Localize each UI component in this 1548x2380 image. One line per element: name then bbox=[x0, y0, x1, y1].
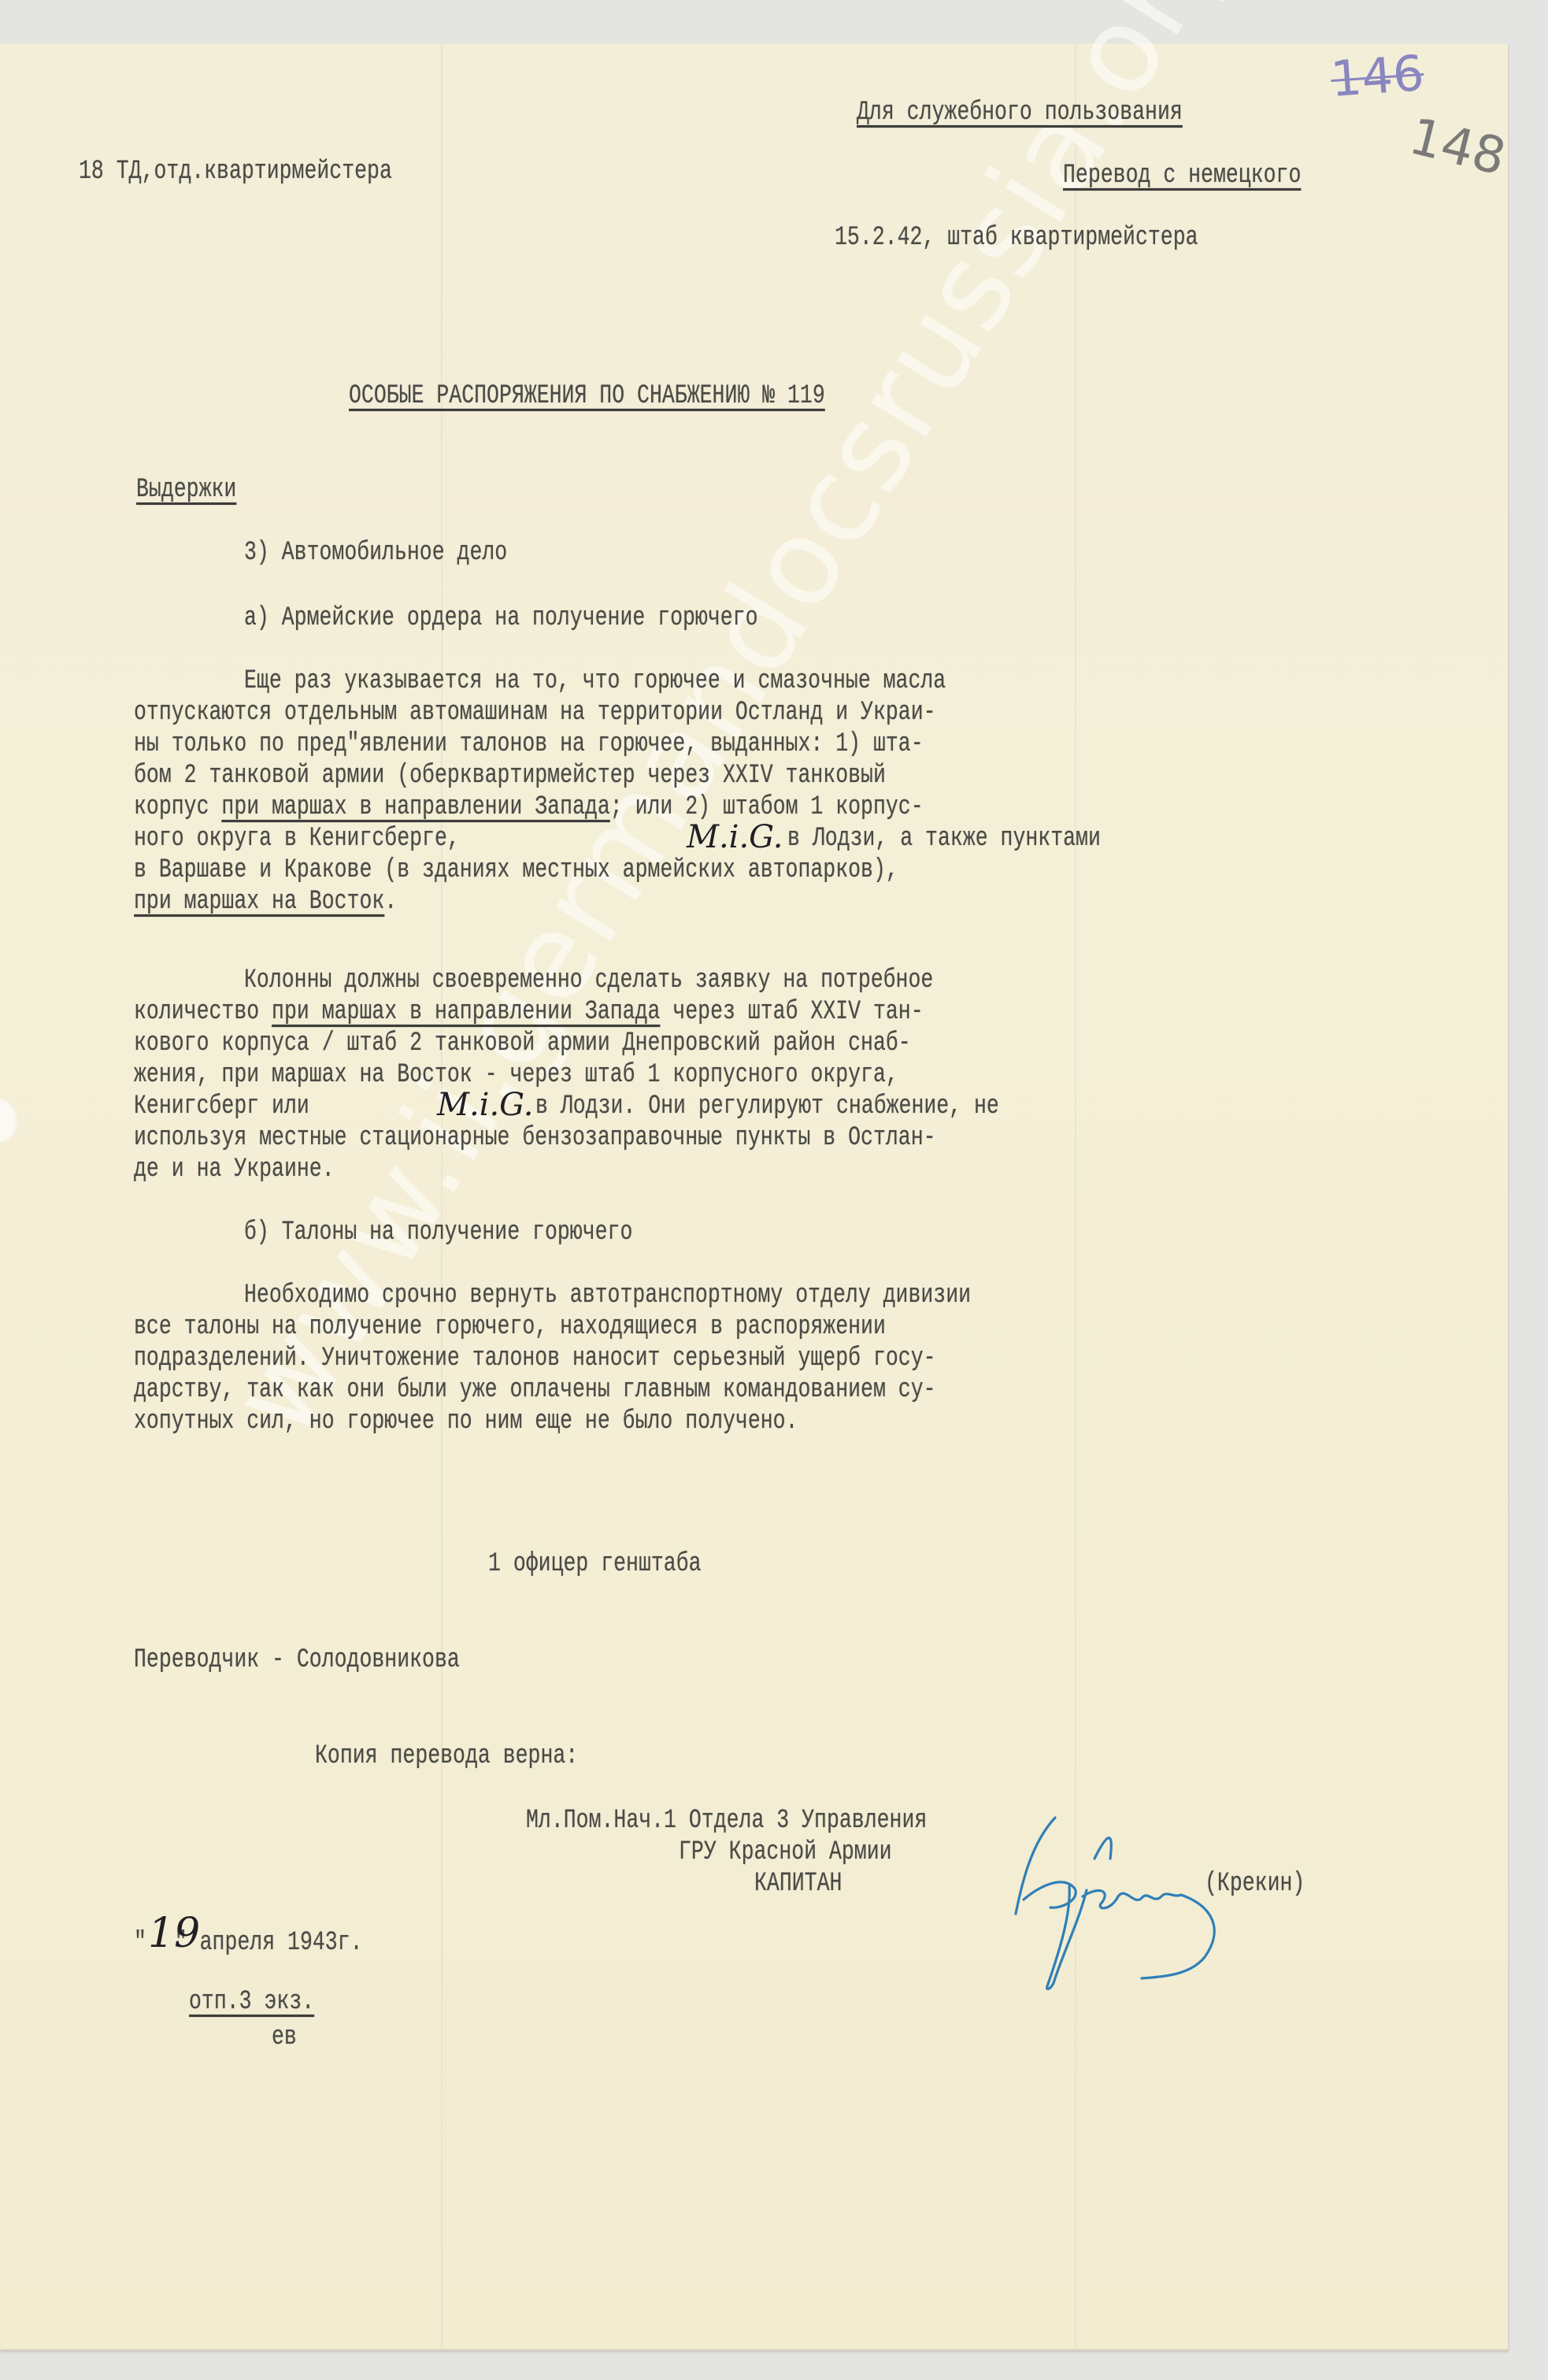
copy-certified-label: Копия перевода верна: bbox=[315, 1741, 578, 1772]
paragraph-2-line: кового корпуса / штаб 2 танковой армии Д… bbox=[134, 1028, 911, 1059]
page-number-struck: 146 bbox=[1329, 44, 1426, 108]
translation-note: Перевод с немецкого bbox=[1063, 160, 1301, 191]
paragraph-1-line: корпус при маршах в направлении Запада; … bbox=[134, 791, 924, 823]
paragraph-3-line: все талоны на получение горючего, находя… bbox=[134, 1311, 886, 1343]
paragraph-1-line: ны только по пред"явлении талонов на гор… bbox=[134, 728, 924, 760]
section-heading: 3) Автомобильное дело bbox=[244, 537, 507, 569]
typist-initials: ев bbox=[272, 2022, 297, 2053]
certifier-position: Мл.Пом.Нач.1 Отдела 3 Управления bbox=[526, 1805, 927, 1837]
handwritten-day: 19 bbox=[148, 1910, 200, 1957]
paragraph-1-line: Еще раз указывается на то, что горючее и… bbox=[244, 665, 946, 697]
paragraph-3-line: дарству, так как они были уже оплачены г… bbox=[134, 1374, 936, 1406]
paragraph-1-line: отпускаются отдельным автомашинам на тер… bbox=[134, 697, 936, 728]
original-signatory: 1 офицер генштаба bbox=[488, 1548, 702, 1580]
handwritten-insert: M.i.G. bbox=[687, 819, 783, 855]
paragraph-2-line: в Лодзи. Они регулируют снабжение, не bbox=[535, 1091, 999, 1122]
paragraph-2-line: де и на Украине. bbox=[134, 1154, 335, 1185]
paragraph-1-line: в Лодзи, а также пунктами bbox=[787, 823, 1101, 855]
certifier-rank: КАПИТАН bbox=[754, 1868, 842, 1900]
handwritten-signature bbox=[1000, 1811, 1236, 1993]
sender-unit: 18 ТД,отд.квартирмейстера bbox=[79, 156, 392, 187]
paragraph-2-line: жения, при маршах на Восток - через штаб… bbox=[134, 1059, 898, 1091]
document-title: ОСОБЫЕ РАСПОРЯЖЕНИЯ ПО СНАБЖЕНИЮ № 119 bbox=[349, 380, 825, 412]
subsection-heading-b: б) Талоны на получение горючего bbox=[244, 1217, 632, 1248]
paragraph-1-line: ного округа в Кенигсберге, bbox=[134, 823, 460, 855]
copies-note: отп.3 экз. bbox=[189, 1986, 314, 2018]
paragraph-3-line: подразделений. Уничтожение талонов нанос… bbox=[134, 1343, 936, 1374]
handwritten-insert: M.i.G. bbox=[437, 1087, 533, 1123]
paragraph-1-line: при маршах на Восток. bbox=[134, 886, 397, 918]
paragraph-3-line: хопутных сил, но горючее по ним еще не б… bbox=[134, 1406, 798, 1437]
paragraph-1-line: бом 2 танковой армии (оберквартирмейстер… bbox=[134, 760, 886, 791]
paper-crease bbox=[1075, 43, 1076, 2349]
translator-line: Переводчик - Солодовникова bbox=[134, 1644, 460, 1676]
paragraph-2-line: Кенигсберг или bbox=[134, 1091, 309, 1122]
paragraph-1-line: в Варшаве и Кракове (в зданиях местных а… bbox=[134, 855, 898, 886]
certifier-unit: ГРУ Красной Армии bbox=[679, 1837, 892, 1868]
paragraph-3-line: Необходимо срочно вернуть автотранспортн… bbox=[244, 1280, 971, 1311]
subsection-heading-a: а) Армейские ордера на получение горючег… bbox=[244, 602, 758, 634]
punch-hole bbox=[0, 1099, 17, 1143]
classification-stamp: Для служебного пользования bbox=[857, 97, 1183, 128]
excerpts-label: Выдержки bbox=[136, 474, 236, 506]
paragraph-2-line: количество при маршах в направлении Запа… bbox=[134, 996, 924, 1028]
date-place: 15.2.42, штаб квартирмейстера bbox=[835, 222, 1198, 254]
paragraph-2-line: используя местные стационарные бензозапр… bbox=[134, 1122, 936, 1154]
paragraph-2-line: Колонны должны своевременно сделать заяв… bbox=[244, 965, 933, 996]
